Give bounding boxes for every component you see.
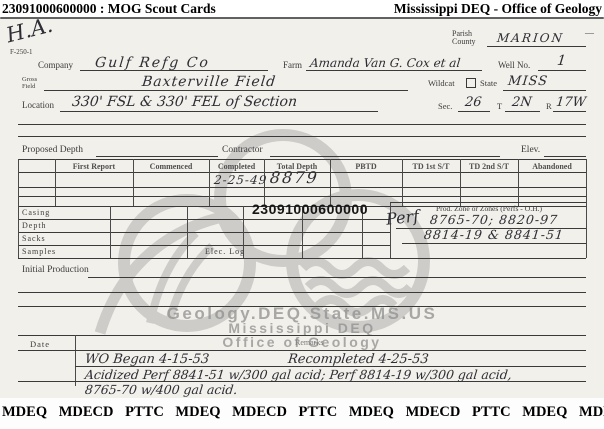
scanned-card: Geology.DEQ.State.MS.US Mississippi DEQ … [0,18,604,398]
corner-dash: — [585,28,594,38]
field-value: Baxterville Field [141,74,277,90]
grid-vline [586,202,587,258]
state-underline [503,90,586,91]
proposed-depth-label: Proposed Depth [22,145,83,155]
range-value: 17W [555,95,586,110]
proposed-depth-underline [96,156,218,157]
parish-underline [487,46,586,47]
location-underline [60,111,378,112]
prod-zone-line1: 8765-70; 8820-97 [429,212,559,227]
sec-value: 26 [464,95,482,110]
initial-production-label: Initial Production [22,265,89,275]
col-commenced: Commenced [133,162,209,171]
scout-card-page: 23091000600000 : MOG Scout Cards Mississ… [0,0,604,429]
title-bar: 23091000600000 : MOG Scout Cards Mississ… [0,0,604,18]
samples-row-label: Samples [22,247,56,256]
casing-row-label: Casing [22,208,50,217]
location-value: 330' FSL & 330' FEL of Section [71,94,298,110]
blank-rule [18,306,586,307]
col-pbtd: PBTD [330,162,402,171]
footer-orgs-text: MDEQ MDECD PTTC MDEQ MDECD PTTC MDEQ MDE… [2,404,602,421]
parish-county-label: Parish County [452,30,476,46]
grid-border [18,258,586,259]
township-underline [505,111,540,112]
elec-log-label: Elec. Log [205,247,245,256]
col-completed: Completed [209,162,264,171]
date-label: Date [30,339,50,349]
state-label: State [480,78,497,88]
barcode-stamp-number: 23091000600000 [252,201,368,217]
remarks-label: Remarks [295,338,323,347]
watermark-agency-text: Mississippi DEQ [0,320,604,336]
watermark-url-text: Geology.DEQ.State.MS.US [0,304,604,324]
col-abandoned: Abandoned [518,162,586,171]
field-label: Gross Field [22,76,37,90]
state-value: MISS [507,74,549,89]
grid-border [18,232,390,233]
prod-zone-line2: 8814-19 & 8841-51 [423,227,565,242]
prod-zone-border [390,202,586,203]
range-label: R [546,101,552,111]
total-depth-value: 8879 [269,168,320,187]
farm-label: Farm [283,60,302,70]
wildcat-label: Wildcat [428,78,455,88]
doc-id-title: 23091000600000 : MOG Scout Cards [2,1,216,17]
col-first-report: First Report [55,162,133,171]
sec-underline [458,111,490,112]
township-label: T [497,101,502,111]
scan-top-edge [0,17,604,19]
completed-value: 2-25-49 [213,173,268,187]
contractor-label: Contractor [222,145,263,155]
remark-acid-continued: 8765-70 w/400 gal acid. [84,382,238,397]
sacks-row-label: Sacks [22,234,46,243]
farm-underline [306,70,482,71]
grid-vline [110,206,111,258]
remark-wo-began: WO Began 4-15-53 [84,352,210,367]
field-underline [44,90,408,91]
table-border [18,196,586,197]
depth-row-label: Depth [22,221,47,230]
well-no-value: 1 [556,53,567,69]
elev-label: Elev. [521,145,540,155]
location-label: Location [22,100,54,110]
form-number: F-250-1 [10,48,33,56]
parish-county-value: MARION [496,31,565,45]
remarks-rule [18,350,586,351]
date-column-line [75,335,76,386]
company-value: Gulf Refg Co [94,55,211,71]
prod-zone-rule [402,243,586,244]
table-vline [586,159,587,206]
col-td-1st: TD 1st S/T [402,162,460,171]
range-underline [553,111,586,112]
remark-acidized: Acidized Perf 8841-51 w/300 gal acid; Pe… [84,367,512,382]
table-border [18,187,586,188]
grid-border [18,245,390,246]
grid-vline [18,206,19,258]
remarks-border [18,335,586,336]
blank-rule [18,292,586,293]
elev-underline [544,156,586,157]
township-value: 2N [511,95,532,110]
wildcat-checkbox [466,78,476,88]
blank-rule [18,136,586,137]
initial-production-underline [88,277,586,278]
table-vline [18,159,19,206]
remark-recompleted: Recompleted 4-25-53 [287,352,429,367]
blank-rule [18,124,586,125]
sec-label: Sec. [438,101,452,111]
footer-strip: MDEQ MDECD PTTC MDEQ MDECD PTTC MDEQ MDE… [0,398,604,429]
company-label: Company [38,60,73,70]
well-no-underline [538,70,586,71]
farm-value: Amanda Van G. Cox et al [309,56,461,70]
app-title: Mississippi DEQ - Office of Geology [394,1,602,17]
col-td-2nd: TD 2nd S/T [460,162,518,171]
well-no-label: Well No. [498,60,530,70]
grid-vline [187,206,188,258]
grid-border [18,219,390,220]
prod-zone-prefix: Perf [385,206,420,228]
table-border [18,159,586,160]
contractor-underline [270,156,500,157]
